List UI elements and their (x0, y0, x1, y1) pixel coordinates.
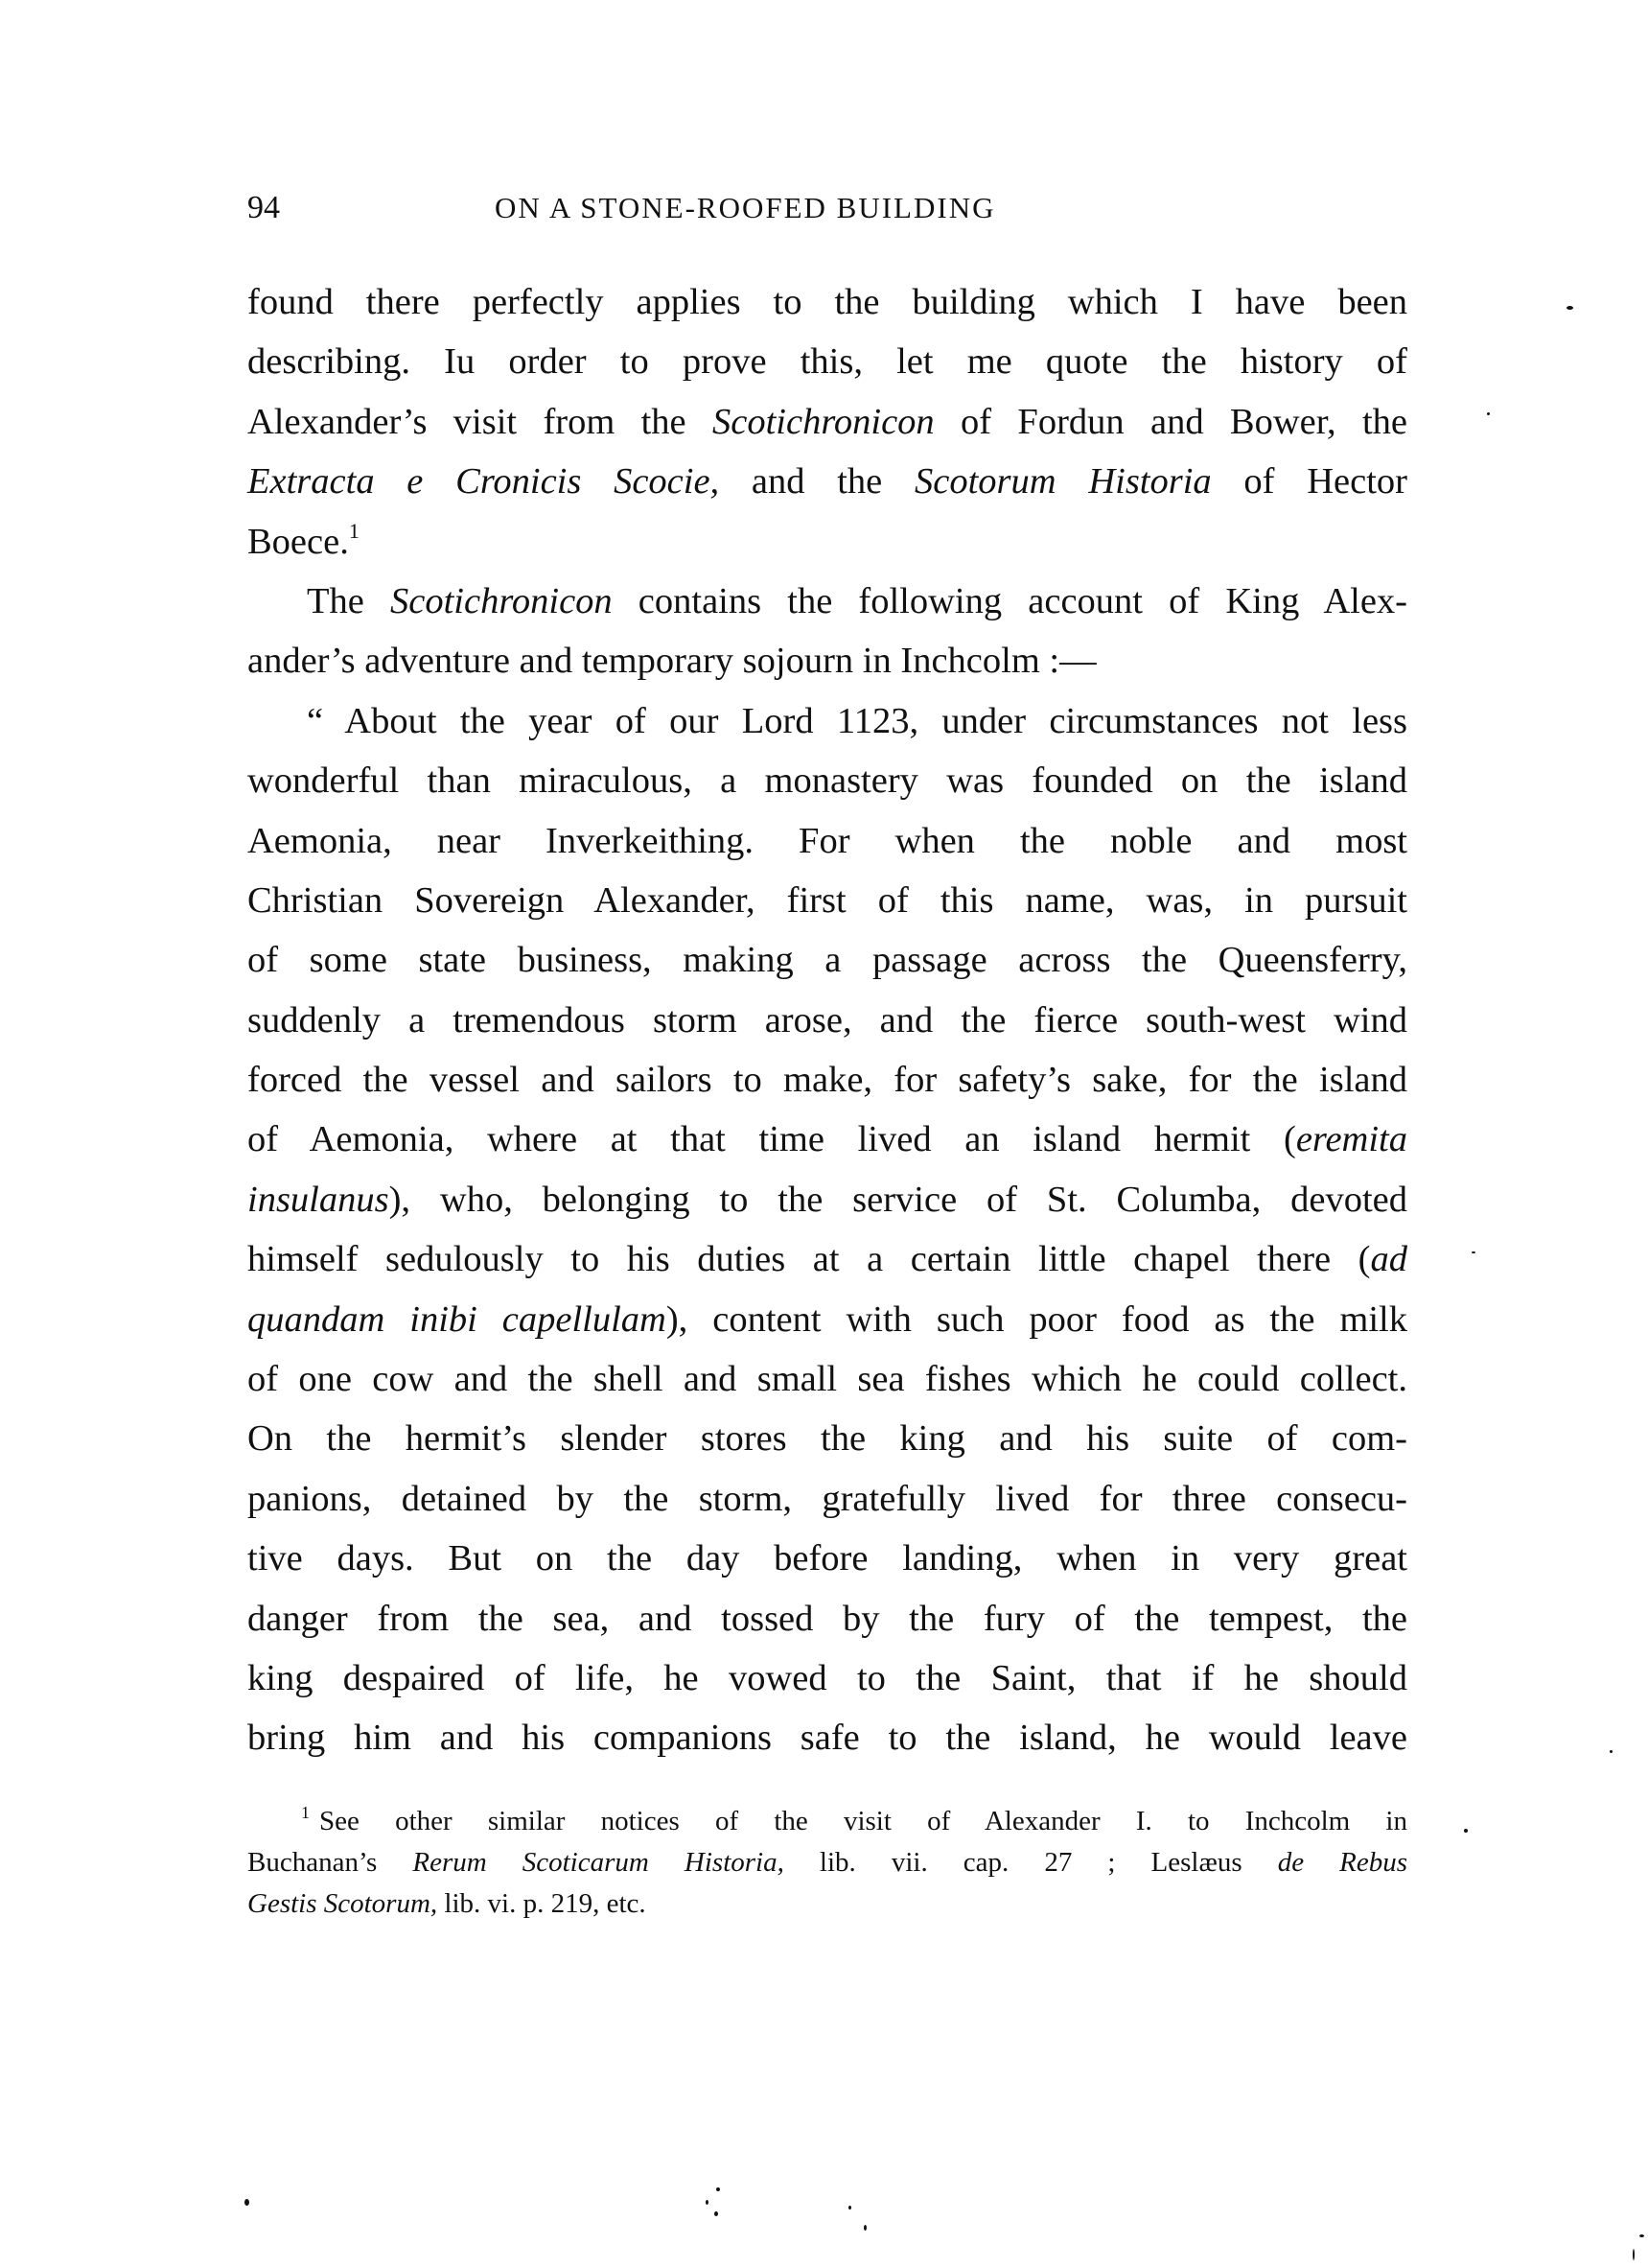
text-segment: The (307, 581, 390, 621)
text-segment: Alexander’s visit from the (247, 402, 712, 442)
text-segment: See other similar notices of the visit o… (319, 1806, 1407, 1836)
text-segment: danger from the sea, and tossed by the f… (247, 1599, 1407, 1639)
text-line: Boece.1 (247, 512, 1407, 572)
text-line: bring him and his companions safe to the… (247, 1708, 1407, 1767)
text-segment: wonderful than miraculous, a monastery w… (247, 760, 1407, 801)
text-segment: On the hermit’s slender stores the king … (247, 1418, 1407, 1459)
text-segment: bring him and his companions safe to the… (247, 1718, 1407, 1758)
scan-speck (864, 2225, 867, 2231)
text-line: Christian Sovereign Alexander, first of … (247, 871, 1407, 930)
text-segment: of some state business, making a passage… (247, 940, 1407, 980)
text-line: of some state business, making a passage… (247, 930, 1407, 990)
footnote-marker: 1 (301, 1803, 310, 1822)
text-segment: himself sedulously to his duties at a ce… (247, 1239, 1371, 1279)
text-line: describing. Iu order to prove this, let … (247, 332, 1407, 391)
text-segment: Boece. (247, 522, 349, 562)
text-segment: and the (719, 461, 915, 502)
text-segment: Aemonia, near Inverkeithing. For when th… (247, 821, 1407, 861)
footnote-line: 1See other similar notices of the visit … (247, 1801, 1407, 1842)
text-segment: of one cow and the shell and small sea f… (247, 1359, 1407, 1399)
text-segment: Buchanan’s (247, 1847, 412, 1878)
text-segment: suddenly a tremendous storm arose, and t… (247, 1000, 1407, 1040)
italic-text: Scotichronicon (712, 402, 935, 442)
italic-text: Rerum Scoticarum Historia, (412, 1847, 783, 1878)
text-line: of one cow and the shell and small sea f… (247, 1349, 1407, 1409)
scan-speck (714, 2211, 718, 2216)
scan-speck (1472, 1251, 1475, 1253)
scan-speck (1633, 2249, 1635, 2260)
italic-text: Gestis Scotorum, (247, 1888, 437, 1919)
italic-text: quandam inibi capellulam (247, 1299, 666, 1340)
footnote-reference[interactable]: 1 (349, 519, 360, 543)
text-line: Extracta e Cronicis Scocie, and the Scot… (247, 452, 1407, 511)
text-line: quandam inibi capellulam), content with … (247, 1290, 1407, 1349)
text-line: The Scotichronicon contains the followin… (247, 572, 1407, 631)
text-segment: lib. vii. cap. 27 ; Leslæus (784, 1847, 1278, 1878)
italic-text: ad (1371, 1239, 1408, 1279)
text-line: wonderful than miraculous, a monastery w… (247, 751, 1407, 810)
text-line: found there perfectly applies to the bui… (247, 272, 1407, 332)
italic-text: Scotorum Historia (915, 461, 1212, 502)
text-line: danger from the sea, and tossed by the f… (247, 1589, 1407, 1648)
text-segment: of Aemonia, where at that time lived an … (247, 1119, 1296, 1159)
italic-text: Scotichronicon (390, 581, 613, 621)
text-line: panions, detained by the storm, grateful… (247, 1469, 1407, 1529)
text-line: On the hermit’s slender stores the king … (247, 1409, 1407, 1468)
scan-speck (1639, 2234, 1644, 2237)
text-line: Aemonia, near Inverkeithing. For when th… (247, 811, 1407, 871)
text-line: Alexander’s visit from the Scotichronico… (247, 392, 1407, 452)
scan-speck (716, 2187, 720, 2191)
running-title: ON A STONE-ROOFED BUILDING (495, 184, 995, 232)
scan-speck (1464, 1829, 1468, 1833)
scan-speck (1610, 1750, 1613, 1753)
text-line: himself sedulously to his duties at a ce… (247, 1229, 1407, 1289)
text-line: “ About the year of our Lord 1123, under… (247, 691, 1407, 751)
text-segment: panions, detained by the storm, grateful… (247, 1479, 1407, 1519)
text-segment: lib. vi. p. 219, etc. (437, 1888, 645, 1919)
footnote-line: Gestis Scotorum, lib. vi. p. 219, etc. (247, 1883, 1407, 1925)
italic-text: eremita (1296, 1119, 1407, 1159)
book-page: 94 ON A STONE-ROOFED BUILDING found ther… (0, 0, 1648, 2268)
text-segment: tive days. But on the day before landing… (247, 1538, 1407, 1578)
italic-text: insulanus (247, 1180, 389, 1220)
text-line: of Aemonia, where at that time lived an … (247, 1110, 1407, 1169)
text-line: king despaired of life, he vowed to the … (247, 1648, 1407, 1708)
text-segment: ), who, belonging to the service of St. … (389, 1180, 1407, 1220)
footnotes: 1See other similar notices of the visit … (247, 1801, 1407, 1925)
text-segment: Christian Sovereign Alexander, first of … (247, 880, 1407, 921)
scan-speck (244, 2199, 249, 2206)
text-line: insulanus), who, belonging to the servic… (247, 1170, 1407, 1229)
text-line: tive days. But on the day before landing… (247, 1529, 1407, 1588)
scan-speck (848, 2206, 851, 2210)
italic-text: Extracta e Cronicis Scocie, (247, 461, 719, 502)
text-segment: of Fordun and Bower, the (935, 402, 1407, 442)
running-header: 94 ON A STONE-ROOFED BUILDING (247, 184, 1407, 232)
text-segment: describing. Iu order to prove this, let … (247, 341, 1407, 382)
text-line: suddenly a tremendous storm arose, and t… (247, 991, 1407, 1050)
body-text: found there perfectly applies to the bui… (247, 272, 1407, 1768)
italic-text: de Rebus (1278, 1847, 1407, 1878)
scan-speck (706, 2200, 708, 2205)
text-segment: “ About the year of our Lord 1123, under… (307, 701, 1407, 741)
text-line: ander’s adventure and temporary sojourn … (247, 631, 1407, 690)
text-line: forced the vessel and sailors to make, f… (247, 1050, 1407, 1110)
text-segment: of Hector (1212, 461, 1407, 502)
footnote-line: Buchanan’s Rerum Scoticarum Historia, li… (247, 1842, 1407, 1883)
text-segment: forced the vessel and sailors to make, f… (247, 1060, 1407, 1100)
text-segment: ander’s adventure and temporary sojourn … (247, 641, 1097, 681)
text-segment: contains the following account of King A… (613, 581, 1407, 621)
text-segment: ), content with such poor food as the mi… (666, 1299, 1407, 1340)
scan-speck (1487, 412, 1490, 415)
page-number: 94 (247, 184, 280, 232)
scan-speck (1567, 306, 1573, 310)
text-segment: found there perfectly applies to the bui… (247, 282, 1407, 322)
text-segment: king despaired of life, he vowed to the … (247, 1658, 1407, 1698)
